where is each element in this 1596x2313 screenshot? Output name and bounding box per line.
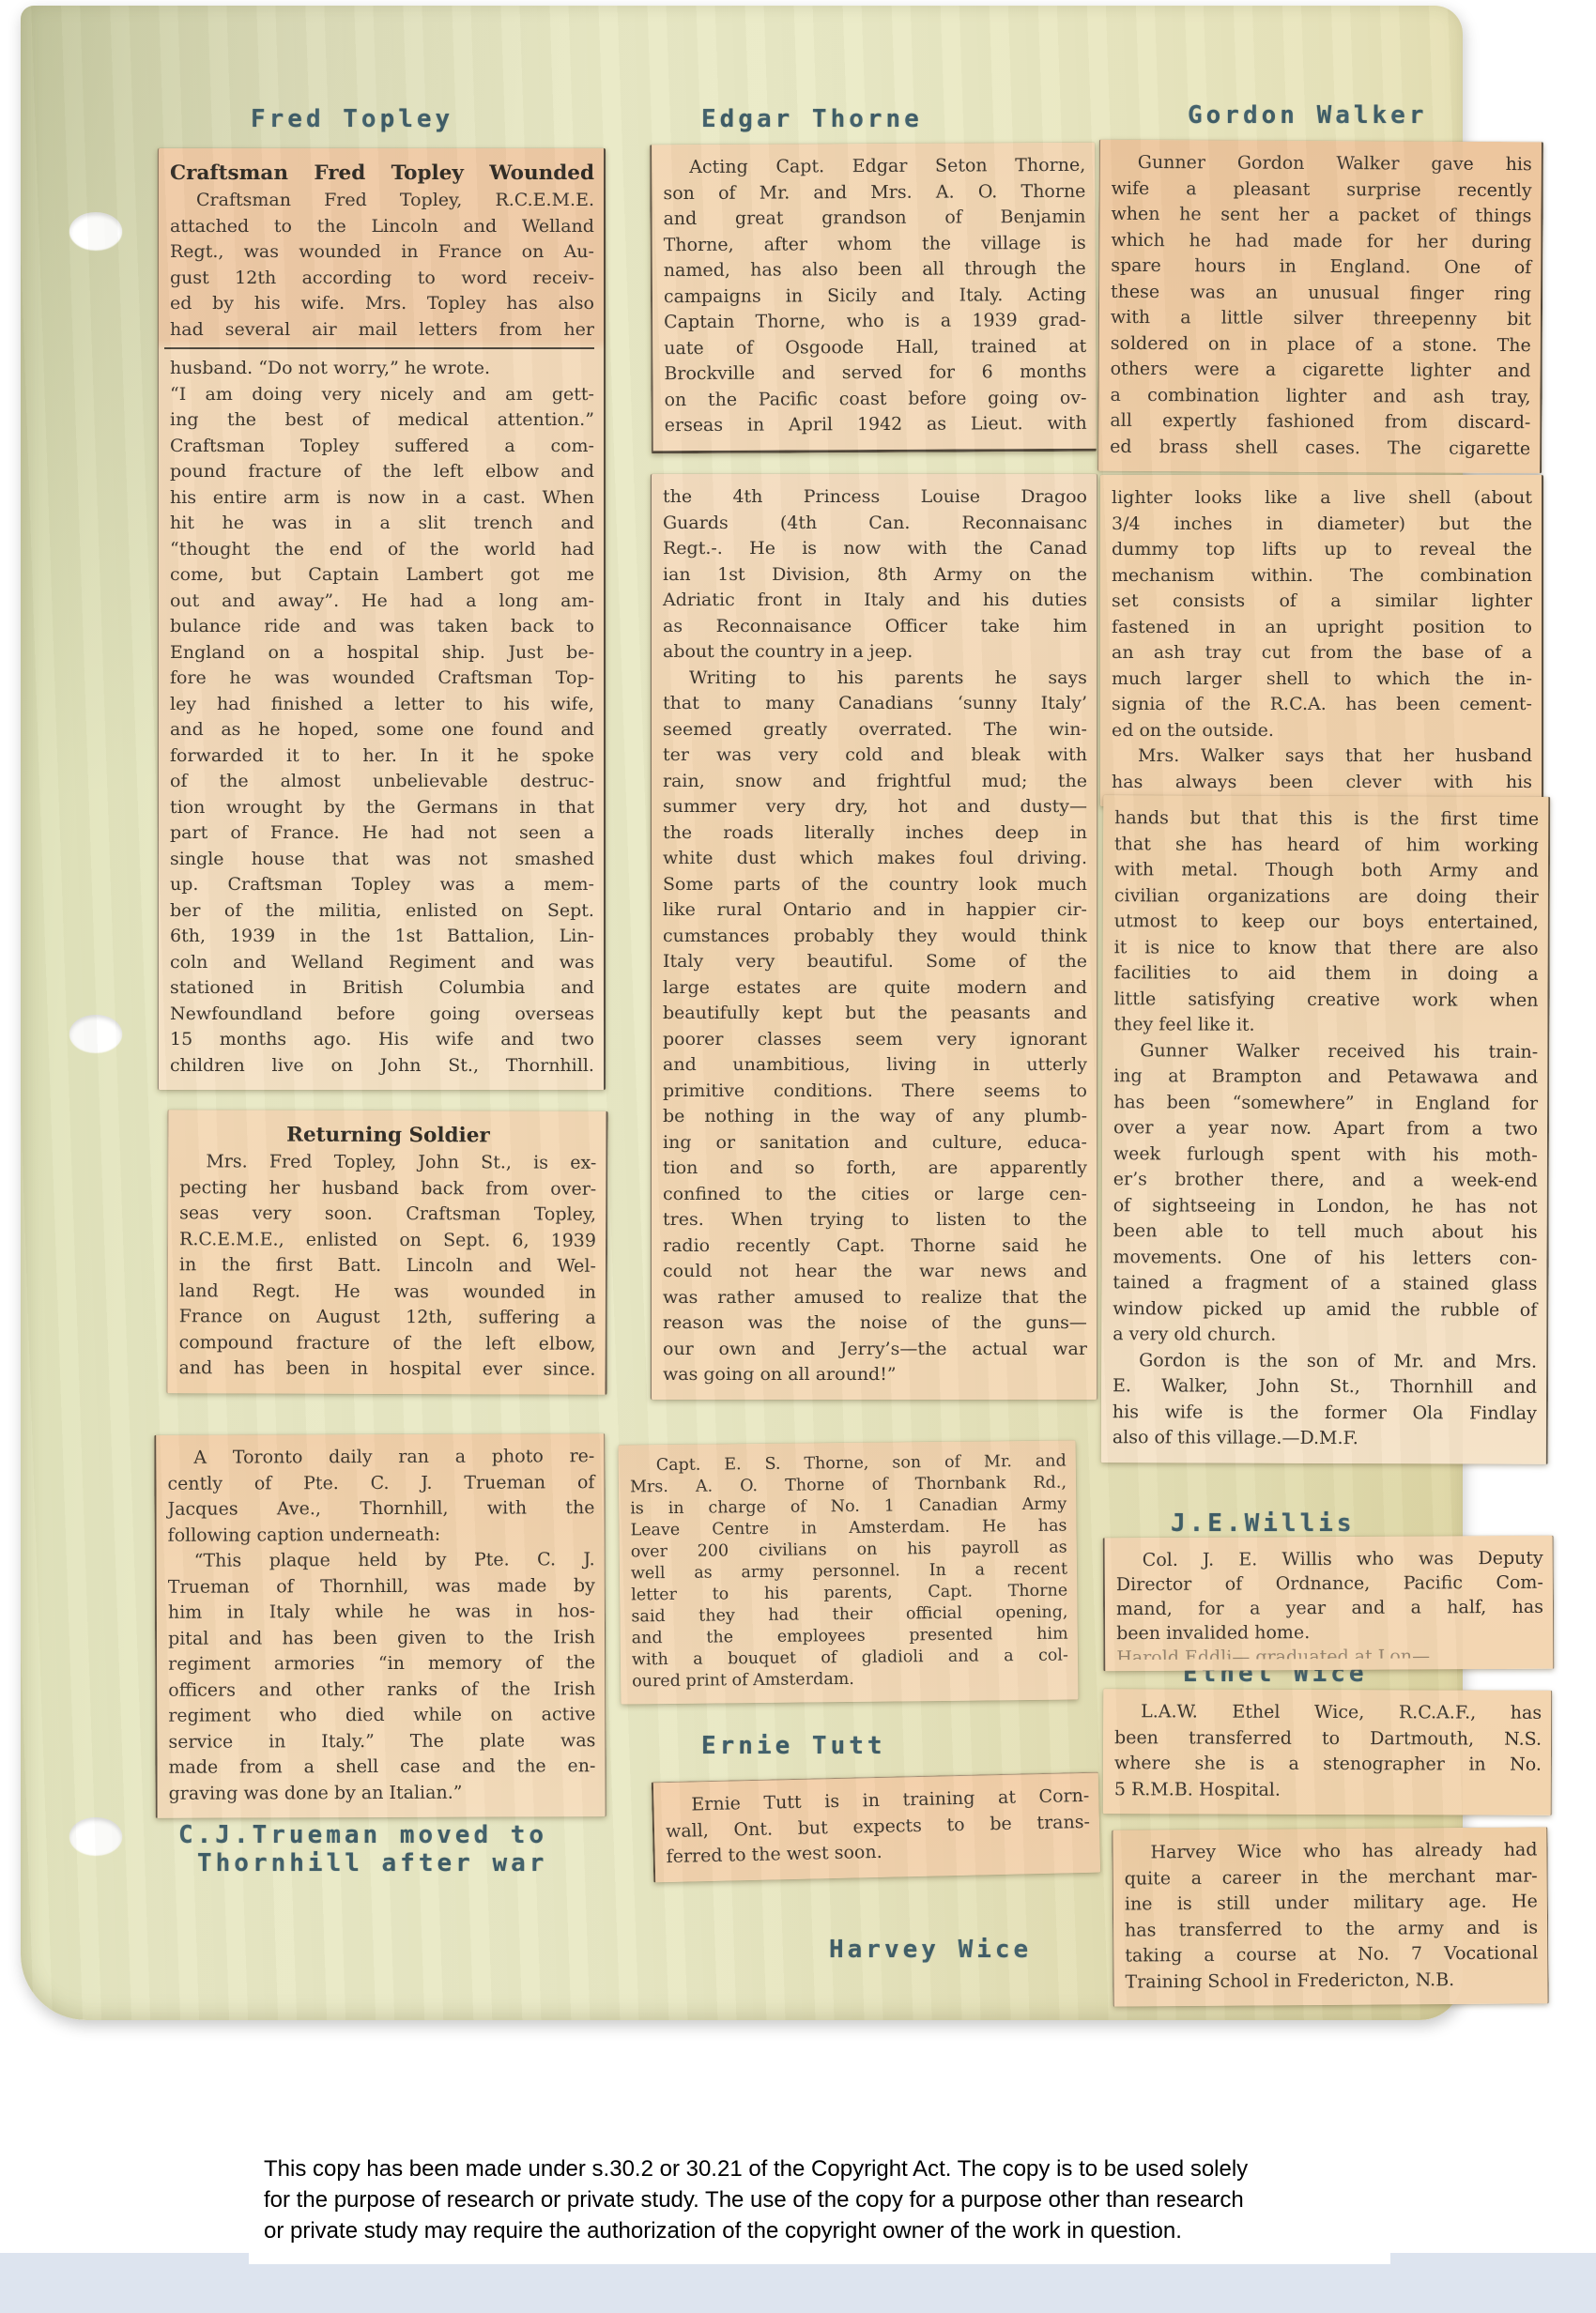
text-line: JacquesAve.,Thornhill,withthe bbox=[168, 1495, 595, 1523]
text-line: Italyverybeautiful.Someofthe bbox=[663, 949, 1087, 975]
text-line: hadseveralairmaillettersfromher bbox=[170, 317, 594, 344]
text-line: reasonwasthenoiseoftheguns— bbox=[663, 1310, 1087, 1337]
text-line: Somepartsofthecountrylookmuch bbox=[663, 872, 1087, 898]
clipping-walker-part3: handsbutthatthisisthefirsttimethatshehas… bbox=[1101, 795, 1550, 1463]
text-line: about the country in a jeep. bbox=[663, 639, 1087, 666]
text-line: 5 R.M.B. Hospital. bbox=[1114, 1777, 1542, 1804]
text-line: otherswereacigarettelighterand bbox=[1111, 357, 1531, 385]
text-line: the4thPrincessLouiseDragoo bbox=[663, 484, 1087, 511]
text-line: lighterlookslikealiveshell(about bbox=[1112, 485, 1532, 512]
text-line: edbrassshellcases.Thecigarette bbox=[1110, 434, 1530, 462]
text-line: 15monthsago.Hiswifeandtwo bbox=[170, 1027, 594, 1053]
text-line: or private study may require the authori… bbox=[264, 2215, 1390, 2246]
text-line: muchlargershelltowhichthein- bbox=[1112, 666, 1532, 693]
text-line: andhasbeeninhospitaleversince. bbox=[179, 1356, 596, 1383]
clipping-walker-part2: lighterlookslikealiveshell(about3/4inche… bbox=[1100, 475, 1543, 806]
text-line: thatshehasheardofhimworking bbox=[1114, 832, 1539, 859]
text-line: centlyofPte.C.J.Truemanof bbox=[167, 1470, 594, 1497]
text-line: inthefirstBatt.LincolnandWel- bbox=[179, 1252, 596, 1279]
typed-header-edgar-thorne: Edgar Thorne bbox=[701, 105, 923, 133]
text-line: compoundfractureoftheleftelbow, bbox=[179, 1330, 596, 1357]
text-line: 6th,1939inthe1stBattalion,Lin- bbox=[170, 924, 594, 950]
clipping-returning-soldier: Returning SoldierMrs.FredTopley,JohnSt.,… bbox=[166, 1110, 607, 1394]
clipping-ethel-wice: L.A.W.EthelWice,R.C.A.F.,hasbeentransfer… bbox=[1103, 1689, 1552, 1815]
text-line: couldnothearthewarnewsand bbox=[663, 1259, 1087, 1285]
text-line: GunnerGordonWalkergavehis bbox=[1112, 150, 1532, 178]
text-line: pitalandhasbeengiventotheIrish bbox=[168, 1625, 595, 1652]
text-line: summerverydry,hotanddusty— bbox=[663, 794, 1087, 820]
typed-header-gordon-walker: Gordon Walker bbox=[1188, 101, 1428, 130]
text-line: CraftsmanFredTopley,R.C.E.M.E. bbox=[170, 188, 594, 214]
text-line: seemedgreatlyoverrated.Thewin- bbox=[663, 717, 1087, 743]
text-line: ActingCapt.EdgarSetonThorne, bbox=[663, 153, 1085, 181]
text-line: TruemanofThornhill,wasmadeby bbox=[168, 1573, 595, 1601]
text-line: thesewasanunusualfingerring bbox=[1111, 279, 1531, 307]
text-line: mechanismwithin.Thecombination bbox=[1112, 563, 1532, 590]
copyright-notice: This copy has been made under s.30.2 or … bbox=[249, 2142, 1390, 2264]
clipping-willis: Col.J.E.WilliswhowasDeputyDirectorofOrdn… bbox=[1103, 1536, 1555, 1672]
text-line: poundfractureoftheleftelbowand bbox=[170, 459, 594, 485]
text-line: ingthebestofmedicalattention.” bbox=[170, 407, 594, 434]
text-line: Training School in Fredericton, N.B. bbox=[1125, 1967, 1538, 1996]
clipping-thorne-part1: ActingCapt.EdgarSetonThorne,sonofMr.andM… bbox=[650, 143, 1097, 453]
clipping-harvey-wice: HarveyWicewhohasalreadyhadquiteacareerin… bbox=[1112, 1827, 1548, 2006]
text-line: come,butCaptainLambertgotme bbox=[170, 562, 594, 589]
text-line: ineisstillundermilitaryage.He bbox=[1125, 1889, 1538, 1918]
text-line: seasverysoon.CraftsmanTopley, bbox=[179, 1201, 596, 1228]
text-line: likeruralOntarioandinhappiercir- bbox=[663, 897, 1087, 924]
text-line: GordonisthesonofMr.andMrs. bbox=[1113, 1348, 1537, 1375]
clipping-ernie-tutt: ErnieTuttisintrainingatCorn-wall,Ont.but… bbox=[652, 1772, 1100, 1882]
text-line: graving was done by an Italian.” bbox=[169, 1780, 596, 1807]
text-line: onthePacificcoastbeforegoingov- bbox=[664, 385, 1086, 413]
text-line: thattomanyCanadians‘sunnyItaly’ bbox=[663, 691, 1087, 717]
text-line: Harold Eddli— graduated at Lon— bbox=[1116, 1644, 1543, 1660]
text-line: following caption underneath: bbox=[168, 1522, 595, 1549]
text-line: L.A.W.EthelWice,R.C.A.F.,has bbox=[1114, 1699, 1542, 1726]
text-line: Col.J.E.WilliswhowasDeputy bbox=[1116, 1546, 1543, 1572]
text-line: wasratheramusedtorealizethatthe bbox=[663, 1285, 1087, 1311]
scanned-scrapbook-page: Fred Topley Edgar Thorne Gordon Walker J… bbox=[0, 0, 1596, 2313]
text-line: largeestatesarequitemodernand bbox=[663, 975, 1087, 1002]
trueman-caption-line1: C.J.Trueman moved to bbox=[178, 1821, 547, 1849]
text-line: also of this village.—D.M.F. bbox=[1113, 1425, 1537, 1452]
punch-hole-3 bbox=[69, 1817, 122, 1855]
text-line: “ThisplaqueheldbyPte.C.J. bbox=[168, 1547, 595, 1574]
column-rule bbox=[164, 347, 594, 349]
clipping-walker-part1: GunnerGordonWalkergavehiswifeapleasantsu… bbox=[1097, 140, 1543, 473]
text-line: This copy has been made under s.30.2 or … bbox=[264, 2153, 1390, 2184]
text-line: himinItalywhilehewasinhos- bbox=[168, 1599, 595, 1626]
typed-header-harvey-wice: Harvey Wice bbox=[829, 1936, 1032, 1964]
text-line: andunambitious,livinginutterly bbox=[663, 1052, 1087, 1079]
text-line: saidtheyhadtheirofficialopening, bbox=[631, 1602, 1067, 1629]
text-line: Mrs.A.O.ThorneofThornbankRd., bbox=[630, 1473, 1067, 1499]
clipping-thorne-part2: the4thPrincessLouiseDragooGuards(4thCan.… bbox=[651, 474, 1097, 1400]
text-line: takingacourseatNo.7Vocational bbox=[1125, 1940, 1538, 1969]
text-line: stationedinBritishColumbiaand bbox=[170, 975, 594, 1002]
text-line: AdriaticfrontinItalyandhisduties bbox=[663, 588, 1087, 614]
text-line: “Iamdoingverynicelyandamgett- bbox=[170, 382, 594, 408]
text-line: ingatBramptonandPetawawaand bbox=[1113, 1064, 1538, 1091]
text-line: windowpickedupamidtherubbleof bbox=[1113, 1296, 1537, 1324]
text-line: terwasverycoldandbleakwith bbox=[663, 743, 1087, 769]
text-line: ofthealmostunbelievabledestruc- bbox=[170, 769, 594, 795]
text-line: fastenedinanuprightpositionto bbox=[1112, 615, 1532, 641]
text-line: been invalided home. bbox=[1116, 1619, 1543, 1646]
text-line: outandaway”.Hehadalongam- bbox=[170, 589, 594, 615]
text-line: anashtraycutfromthebaseofa bbox=[1112, 640, 1532, 666]
text-line: ATorontodailyranaphotore- bbox=[167, 1444, 594, 1471]
text-line: they feel like it. bbox=[1113, 1012, 1538, 1039]
text-line: andashehoped,someonefoundand bbox=[170, 717, 594, 743]
text-line: sparehoursinEngland.Oneof bbox=[1111, 253, 1531, 282]
text-line: oured print of Amsterdam. bbox=[632, 1667, 1068, 1693]
text-line: serviceinItaly.”Theplatewas bbox=[168, 1728, 595, 1755]
text-line: itisnicetoknowthattherearealso bbox=[1114, 935, 1539, 962]
text-line: quiteacareerinthemerchantmar- bbox=[1125, 1863, 1538, 1892]
text-line: childrenliveonJohnSt.,Thornhill. bbox=[170, 1053, 594, 1080]
text-line: wheresheisastenographerinNo. bbox=[1114, 1751, 1542, 1778]
text-line: facilitiestoaidthemindoinga bbox=[1114, 960, 1539, 988]
text-line: ingorsanitationandculture,educa- bbox=[663, 1130, 1087, 1156]
text-line: radiorecentlyCapt.Thornesaidhe bbox=[663, 1233, 1087, 1260]
typed-header-je-willis: J.E.Willis bbox=[1171, 1509, 1356, 1538]
text-line: rain,snowandfrightfulmud;the bbox=[663, 769, 1087, 795]
text-line: Writingtohisparentshesays bbox=[663, 666, 1087, 692]
text-line: beenabletotellmuchabouthis bbox=[1113, 1218, 1538, 1246]
text-line: partofFrance.Hehadnotseena bbox=[170, 820, 594, 847]
text-line: er’sbrotherthere,andaweek-end bbox=[1113, 1167, 1538, 1194]
text-line: was going on all around!” bbox=[663, 1362, 1087, 1388]
text-line: withalittlesilverthreepennybit bbox=[1111, 305, 1531, 333]
text-line: withmetal.ThoughbothArmyand bbox=[1114, 857, 1539, 884]
text-line: ed on the outside. bbox=[1112, 718, 1532, 744]
typed-header-fred-topley: Fred Topley bbox=[251, 105, 453, 133]
typed-header-ernie-tutt: Ernie Tutt bbox=[701, 1732, 886, 1760]
text-line: utmosttokeepourboysentertained, bbox=[1114, 909, 1539, 936]
trueman-caption-line2: Thornhill after war bbox=[178, 1849, 547, 1877]
text-line: cumstancesprobablytheywouldthink bbox=[663, 924, 1087, 950]
text-line: whitedustwhichmakesfouldriving. bbox=[663, 846, 1087, 872]
text-line: DirectorofOrdnance,PacificCom- bbox=[1116, 1570, 1543, 1597]
text-line: singlehousethatwasnotsmashed bbox=[170, 847, 594, 873]
text-line: hithewasinaslittrenchand bbox=[170, 511, 594, 537]
text-line: Mrs.Walkersaysthatherhusband bbox=[1112, 743, 1532, 770]
text-line: GunnerWalkerreceivedhistrain- bbox=[1113, 1038, 1538, 1065]
text-line: 3/4inchesindiameter)butthe bbox=[1112, 512, 1532, 538]
text-line: berofthemilitia,enlistedonSept. bbox=[170, 898, 594, 925]
text-line: tionwroughtbytheGermansinthat bbox=[170, 795, 594, 821]
text-line: beautifullykeptbutthepeasantsand bbox=[663, 1001, 1087, 1027]
text-line: edbyhiswife.Mrs.Topleyhasalso bbox=[170, 291, 594, 317]
text-line: whenhesentherapacketofthings bbox=[1111, 202, 1531, 230]
trueman-caption: C.J.Trueman moved to Thornhill after war bbox=[178, 1821, 547, 1877]
text-line: husband. “Do not worry,” he wrote. bbox=[170, 356, 594, 382]
text-line: primitiveconditions.Thereseemsto bbox=[663, 1079, 1087, 1105]
text-line: madefromashellcaseandtheen- bbox=[168, 1754, 595, 1781]
text-line: leyhadfinishedalettertohiswife, bbox=[170, 692, 594, 718]
text-line: whichhehadmadeforherduring bbox=[1111, 227, 1531, 255]
text-line: FranceonAugust12th,sufferinga bbox=[179, 1304, 596, 1331]
text-line: confinedtothecitiesorlargecen- bbox=[663, 1182, 1087, 1208]
text-line: regimentwhodiedwhileonactive bbox=[168, 1702, 595, 1729]
scrapbook-page: Fred Topley Edgar Thorne Gordon Walker J… bbox=[21, 6, 1463, 2020]
text-line: over200civiliansonhispayrollas bbox=[631, 1538, 1067, 1564]
text-line: weekfurloughspentwithhismoth- bbox=[1113, 1141, 1538, 1169]
text-line: a very old church. bbox=[1113, 1322, 1537, 1349]
text-line: forwardedittoher.Inithespoke bbox=[170, 743, 594, 770]
text-line: Brockvilleandservedfor6months bbox=[664, 360, 1086, 388]
text-line: CraftsmanFredTopleyWounded bbox=[170, 159, 594, 188]
text-line: Guards(4thCan.Reconnaisanc bbox=[663, 511, 1087, 537]
text-line: Returning Soldier bbox=[179, 1120, 596, 1151]
text-line: Englandonahospitalship.Justbe- bbox=[170, 640, 594, 666]
text-line: poorerclassesseemveryignorant bbox=[663, 1027, 1087, 1053]
text-line: littlesatisfyingcreativeworkwhen bbox=[1113, 987, 1538, 1014]
text-line: gust12thaccordingtowordreceiv- bbox=[170, 266, 594, 292]
text-line: andgreatgrandsonofBenjamin bbox=[663, 205, 1085, 233]
text-line: overayearnow.Apartfromatwo bbox=[1113, 1115, 1538, 1142]
text-line: attachedtotheLincolnandWelland bbox=[170, 214, 594, 240]
text-line: tres.Whentryingtolistentothe bbox=[663, 1207, 1087, 1233]
text-line: dummytopliftsuptorevealthe bbox=[1112, 537, 1532, 563]
text-line: hasbeen“somewhere”inEnglandfor bbox=[1113, 1090, 1538, 1117]
text-line: hasalwaysbeencleverwithhis bbox=[1112, 770, 1532, 796]
text-line: hisentirearmisnowinacast.When bbox=[170, 485, 594, 512]
text-line: sonofMr.andMrs.A.O.Thorne bbox=[663, 178, 1085, 207]
text-line: “thoughttheendoftheworldhad bbox=[170, 537, 594, 563]
text-line: acombinationlighterandashtray, bbox=[1110, 382, 1530, 410]
text-line: bulancerideandwastakenbackto bbox=[170, 614, 594, 640]
text-line: hastransferredtothearmyandis bbox=[1125, 1915, 1538, 1944]
text-line: erseasinApril1942asLieut.with bbox=[665, 411, 1087, 439]
text-line: Newfoundlandbeforegoingoverseas bbox=[170, 1002, 594, 1028]
clipping-topley-wounded: CraftsmanFredTopleyWoundedCraftsmanFredT… bbox=[158, 148, 606, 1090]
text-line: regimentarmories“inmemoryofthe bbox=[168, 1650, 595, 1677]
text-line: tainedafragmentofastainedglass bbox=[1113, 1270, 1537, 1297]
text-line: movements.Oneofhisletterscon- bbox=[1113, 1245, 1537, 1272]
text-line: solderedoninplaceofastone.The bbox=[1111, 330, 1531, 359]
text-line: Thorne,afterwhomthevillageis bbox=[664, 230, 1086, 258]
text-line: civilianorganizationsaredoingtheir bbox=[1114, 883, 1539, 911]
text-line: benothinginthewayofanyplumb- bbox=[663, 1104, 1087, 1130]
text-line: officersandotherranksoftheIrish bbox=[168, 1677, 595, 1704]
text-line: handsbutthatthisisthefirsttime bbox=[1114, 805, 1539, 833]
text-line: Regt.-.HeisnowwiththeCanad bbox=[663, 536, 1087, 562]
text-line: CraftsmanTopleysufferedacom- bbox=[170, 434, 594, 460]
text-line: asReconnaisanceOfficertakehim bbox=[663, 614, 1087, 640]
text-line: for the purpose of research or private s… bbox=[264, 2184, 1390, 2215]
text-line: up.CraftsmanTopleywasamem- bbox=[170, 872, 594, 898]
text-line: mand,forayearandahalf,has bbox=[1116, 1595, 1543, 1621]
punch-hole-2 bbox=[69, 1015, 122, 1052]
text-line: HarveyWicewhohasalreadyhad bbox=[1124, 1837, 1537, 1866]
text-line: pectingherhusbandbackfromover- bbox=[179, 1175, 596, 1202]
text-line: E.Walker,JohnSt.,Thornhilland bbox=[1113, 1373, 1537, 1401]
text-line: setconsistsofasimilarlighter bbox=[1112, 589, 1532, 615]
text-line: signiaoftheR.C.A.hasbeencement- bbox=[1112, 692, 1532, 718]
text-line: tionandsoforth,areapparently bbox=[663, 1156, 1087, 1182]
text-line: beentransferredtoDartmouth,N.S. bbox=[1114, 1725, 1542, 1753]
text-line: campaignsinSicilyandItaly.Acting bbox=[664, 282, 1086, 310]
text-line: wifeapleasantsurpriserecently bbox=[1112, 176, 1532, 204]
text-line: ian1stDivision,8thArmyonthe bbox=[663, 562, 1087, 589]
punch-hole-1 bbox=[69, 212, 122, 250]
text-line: landRegt.Hewaswoundedin bbox=[179, 1279, 596, 1306]
text-line: ourownandJerry’s—theactualwar bbox=[663, 1337, 1087, 1363]
text-line: Regt.,waswoundedinFranceonAu- bbox=[170, 239, 594, 266]
text-line: Mrs.FredTopley,JohnSt.,isex- bbox=[179, 1149, 596, 1176]
text-line: CaptainThorne,whoisa1939grad- bbox=[664, 308, 1086, 336]
text-line: hiswifeistheformerOlaFindlay bbox=[1113, 1400, 1537, 1427]
clipping-trueman-plaque: ATorontodailyranaphotore-centlyofPte.C.J… bbox=[154, 1433, 606, 1818]
text-line: colnandWellandRegimentandwas bbox=[170, 950, 594, 976]
text-line: named,hasalsobeenallthroughthe bbox=[664, 256, 1086, 284]
text-line: forehewaswoundedCraftsmanTop- bbox=[170, 666, 594, 692]
text-line: R.C.E.M.E.,enlistedonSept.6,1939 bbox=[179, 1227, 596, 1254]
text-line: allexpertlyfashionedfromdiscard- bbox=[1110, 408, 1530, 437]
text-line: theroadsliterallyinchesdeepin bbox=[663, 820, 1087, 847]
clipping-thorne-amsterdam: Capt.E.S.Thorne,sonofMr.andMrs.A.O.Thorn… bbox=[619, 1440, 1079, 1704]
text-line: ofsightseeinginLondon,hehasnot bbox=[1113, 1193, 1538, 1220]
text-line: uateofOsgoodeHall,trainedat bbox=[664, 333, 1086, 361]
